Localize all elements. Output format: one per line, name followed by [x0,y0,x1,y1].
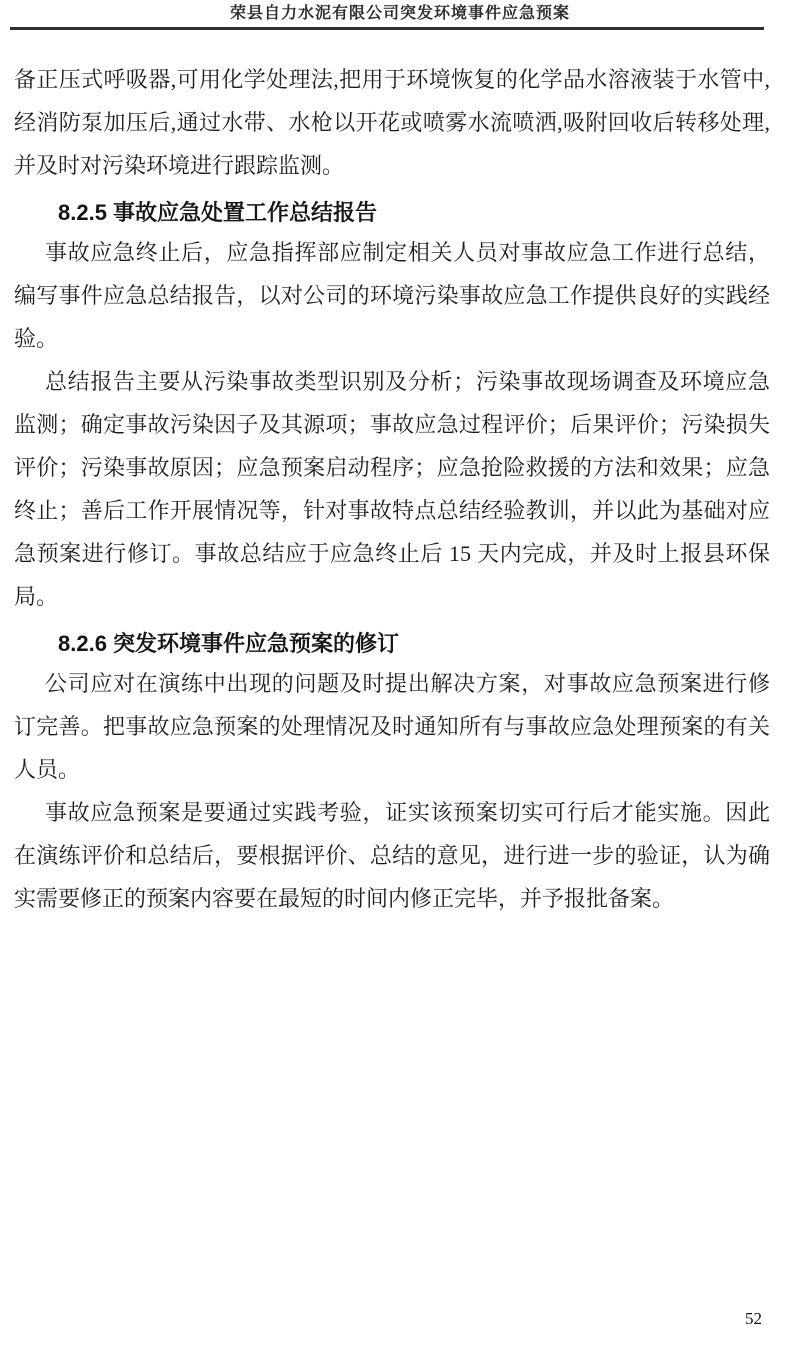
page-number: 52 [745,1309,762,1329]
section-8-2-5-paragraph-2: 总结报告主要从污染事故类型识别及分析；污染事故现场调查及环境应急监测；确定事故污… [14,360,770,618]
document-page: 荣县自力水泥有限公司突发环境事件应急预案 备正压式呼吸器,可用化学处理法,把用于… [0,0,800,1351]
section-heading-8-2-6: 8.2.6 突发环境事件应急预案的修订 [14,626,770,662]
section-8-2-6-paragraph-2: 事故应急预案是要通过实践考验，证实该预案切实可行后才能实施。因此在演练评价和总结… [14,791,770,920]
page-header: 荣县自力水泥有限公司突发环境事件应急预案 [0,0,800,30]
section-heading-8-2-5: 8.2.5 事故应急处置工作总结报告 [14,195,770,231]
section-8-2-5-paragraph-1: 事故应急终止后，应急指挥部应制定相关人员对事故应急工作进行总结，编写事件应急总结… [14,231,770,360]
paragraph-continuation: 备正压式呼吸器,可用化学处理法,把用于环境恢复的化学品水溶液装于水管中,经消防泵… [14,58,770,187]
header-divider [10,27,764,30]
section-8-2-6-paragraph-1: 公司应对在演练中出现的问题及时提出解决方案，对事故应急预案进行修订完善。把事故应… [14,662,770,791]
document-header-title: 荣县自力水泥有限公司突发环境事件应急预案 [0,4,800,24]
document-body: 备正压式呼吸器,可用化学处理法,把用于环境恢复的化学品水溶液装于水管中,经消防泵… [14,58,770,920]
